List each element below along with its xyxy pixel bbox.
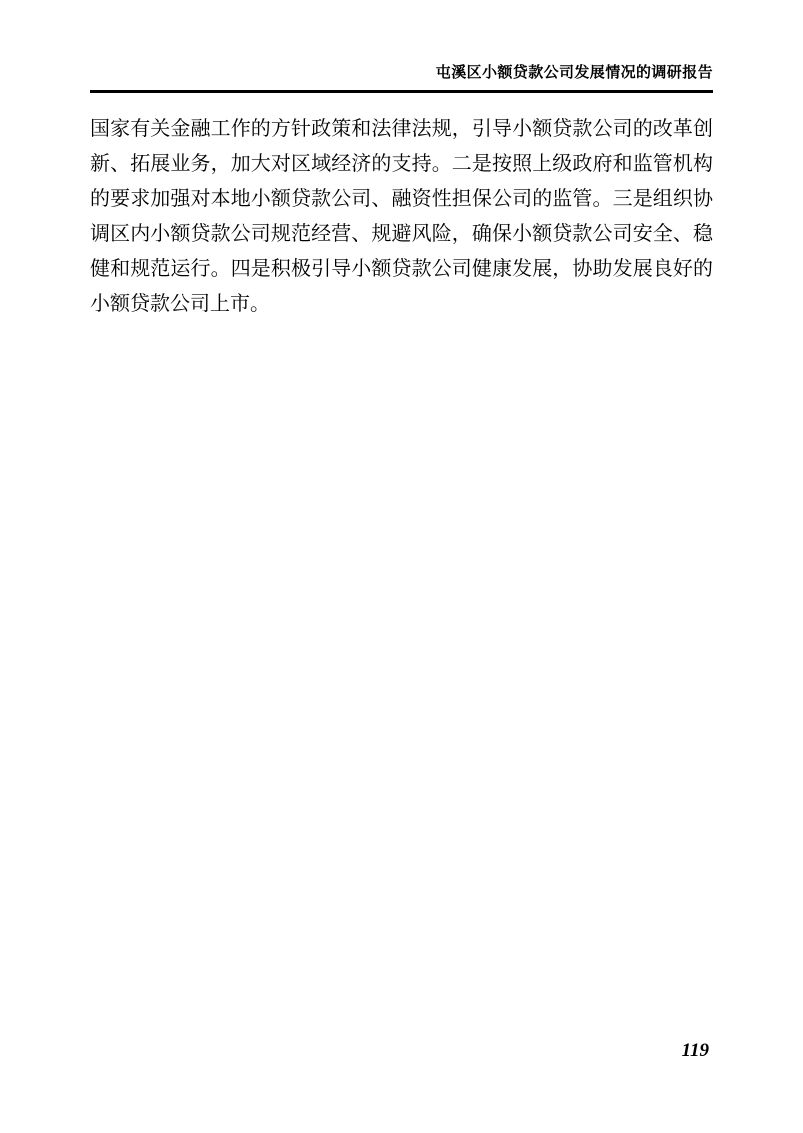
- body-paragraph: 国家有关金融工作的方针政策和法律法规，引导小额贷款公司的改革创 新、拓展业务，加…: [90, 112, 713, 322]
- paragraph-line: 健和规范运行。四是积极引导小额贷款公司健康发展，协助发展良好的: [90, 252, 713, 287]
- page-number: 119: [90, 1040, 709, 1062]
- paragraph-line: 的要求加强对本地小额贷款公司、融资性担保公司的监管。三是组织协: [90, 182, 713, 217]
- header-rule: [90, 90, 713, 93]
- paragraph-line: 新、拓展业务，加大对区域经济的支持。二是按照上级政府和监管机构: [90, 147, 713, 182]
- running-header-title: 屯溪区小额贷款公司发展情况的调研报告: [90, 61, 713, 85]
- document-page: 屯溪区小额贷款公司发展情况的调研报告 国家有关金融工作的方针政策和法律法规，引导…: [0, 0, 803, 1133]
- paragraph-line: 小额贷款公司上市。: [90, 287, 713, 322]
- paragraph-line: 调区内小额贷款公司规范经营、规避风险，确保小额贷款公司安全、稳: [90, 217, 713, 252]
- paragraph-line: 国家有关金融工作的方针政策和法律法规，引导小额贷款公司的改革创: [90, 112, 713, 147]
